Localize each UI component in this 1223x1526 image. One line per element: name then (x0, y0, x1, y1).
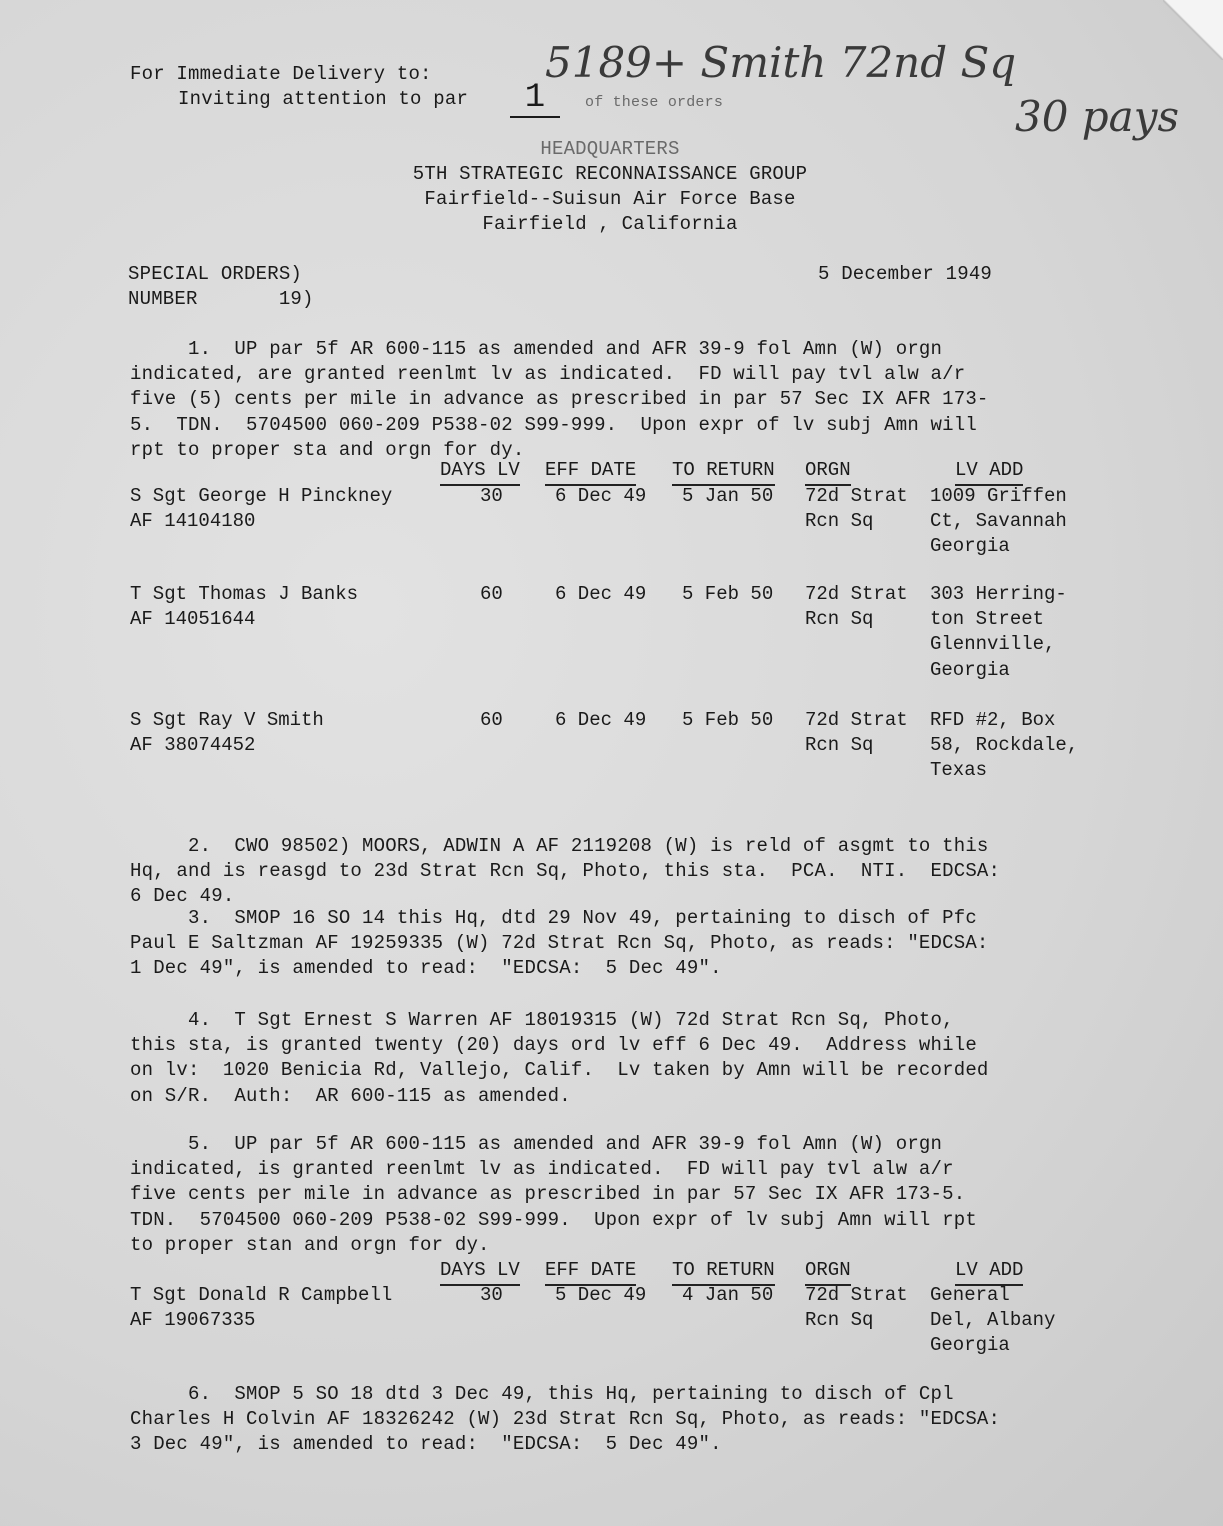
leave-address: 58, Rockdale, (930, 733, 1078, 758)
paragraph-line: 2. CWO 98502) MOORS, ADWIN A AF 2119208 … (130, 834, 989, 859)
effective-date: 6 Dec 49 (555, 708, 646, 733)
handwritten-note-1: 5189+ Smith 72nd Sq (545, 38, 1016, 87)
order-date: 5 December 1949 (818, 262, 992, 287)
paragraph-line: five (5) cents per mile in advance as pr… (130, 387, 989, 412)
return-date: 5 Jan 50 (682, 484, 773, 509)
return-date: 4 Jan 50 (682, 1283, 773, 1308)
organization: 72d Strat (805, 484, 908, 509)
handwritten-note-2: 30 pays (1015, 92, 1179, 141)
folded-corner (1163, 0, 1223, 60)
leave-address: Georgia (930, 1333, 1010, 1358)
column-header: EFF DATE (545, 1258, 636, 1286)
leave-address: Texas (930, 758, 987, 783)
days-leave: 60 (480, 708, 503, 733)
leave-address: ton Street (930, 607, 1044, 632)
paragraph-line: 4. T Sgt Ernest S Warren AF 18019315 (W)… (130, 1008, 954, 1033)
paragraph-line: indicated, are granted reenlmt lv as ind… (130, 362, 965, 387)
paragraph-line: indicated, is granted reenlmt lv as indi… (130, 1157, 954, 1182)
airman-serial: AF 19067335 (130, 1308, 255, 1333)
airman-serial: AF 38074452 (130, 733, 255, 758)
effective-date: 6 Dec 49 (555, 484, 646, 509)
paragraph-line: 1 Dec 49", is amended to read: "EDCSA: 5… (130, 956, 722, 981)
column-header: LV ADD (955, 458, 1023, 486)
effective-date: 6 Dec 49 (555, 582, 646, 607)
days-leave: 30 (480, 484, 503, 509)
leave-address: Ct, Savannah (930, 509, 1067, 534)
airman-name: T Sgt Donald R Campbell (130, 1283, 392, 1308)
paragraph-line: on S/R. Auth: AR 600-115 as amended. (130, 1084, 571, 1109)
column-header: LV ADD (955, 1258, 1023, 1286)
organization: Rcn Sq (805, 1308, 873, 1333)
leave-address: Georgia (930, 658, 1010, 683)
return-date: 5 Feb 50 (682, 582, 773, 607)
paragraph-line: 3 Dec 49", is amended to read: "EDCSA: 5… (130, 1432, 722, 1457)
column-header: ORGN (805, 458, 851, 486)
column-header: TO RETURN (672, 458, 775, 486)
document-page: For Immediate Delivery to: Inviting atte… (0, 0, 1223, 1526)
airman-serial: AF 14104180 (130, 509, 255, 534)
paragraph-line: 6. SMOP 5 SO 18 dtd 3 Dec 49, this Hq, p… (130, 1382, 954, 1407)
letterhead-base: Fairfield--Suisun Air Force Base (330, 187, 890, 212)
effective-date: 5 Dec 49 (555, 1283, 646, 1308)
paragraph-line: 1. UP par 5f AR 600-115 as amended and A… (130, 337, 942, 362)
return-date: 5 Feb 50 (682, 708, 773, 733)
days-leave: 60 (480, 582, 503, 607)
column-header: TO RETURN (672, 1258, 775, 1286)
leave-address: RFD #2, Box (930, 708, 1055, 733)
airman-serial: AF 14051644 (130, 607, 255, 632)
special-orders-label: SPECIAL ORDERS) (128, 262, 302, 287)
paragraph-line: Paul E Saltzman AF 19259335 (W) 72d Stra… (130, 931, 989, 956)
leave-address: Del, Albany (930, 1308, 1055, 1333)
paragraph-line: five cents per mile in advance as prescr… (130, 1182, 965, 1207)
leave-address: 303 Herring- (930, 582, 1067, 607)
paragraph-line: this sta, is granted twenty (20) days or… (130, 1033, 977, 1058)
paragraph-line: to proper stan and orgn for dy. (130, 1233, 490, 1258)
leave-address: General (930, 1283, 1010, 1308)
leave-address: 1009 Griffen (930, 484, 1067, 509)
airman-name: S Sgt George H Pinckney (130, 484, 392, 509)
delivery-line-1: For Immediate Delivery to: (130, 62, 432, 87)
paragraph-line: Hq, and is reasgd to 23d Strat Rcn Sq, P… (130, 859, 1000, 884)
leave-address: Georgia (930, 534, 1010, 559)
airman-name: S Sgt Ray V Smith (130, 708, 324, 733)
organization: 72d Strat (805, 708, 908, 733)
airman-name: T Sgt Thomas J Banks (130, 582, 358, 607)
letterhead-location: Fairfield , California (330, 212, 890, 237)
letterhead-unit: 5TH STRATEGIC RECONNAISSANCE GROUP (330, 162, 890, 187)
paragraph-line: TDN. 5704500 060-209 P538-02 S99-999. Up… (130, 1208, 977, 1233)
paragraph-line: 3. SMOP 16 SO 14 this Hq, dtd 29 Nov 49,… (130, 906, 977, 931)
paragraph-line: 5. UP par 5f AR 600-115 as amended and A… (130, 1132, 942, 1157)
paragraph-line: Charles H Colvin AF 18326242 (W) 23d Str… (130, 1407, 1000, 1432)
organization: 72d Strat (805, 1283, 908, 1308)
order-number-label: NUMBER 19) (128, 287, 314, 312)
column-header: DAYS LV (440, 458, 520, 486)
organization: Rcn Sq (805, 733, 873, 758)
organization: 72d Strat (805, 582, 908, 607)
column-header: DAYS LV (440, 1258, 520, 1286)
leave-address: Glennville, (930, 632, 1055, 657)
paragraph-line: 5. TDN. 5704500 060-209 P538-02 S99-999.… (130, 413, 977, 438)
paragraph-line: on lv: 1020 Benicia Rd, Vallejo, Calif. … (130, 1058, 989, 1083)
delivery-line-2-prefix: Inviting attention to par (178, 87, 468, 112)
organization: Rcn Sq (805, 607, 873, 632)
column-header: ORGN (805, 1258, 851, 1286)
letterhead-headquarters: HEADQUARTERS (330, 137, 890, 162)
delivery-line-2-suffix: of these orders (585, 90, 723, 115)
days-leave: 30 (480, 1283, 503, 1308)
organization: Rcn Sq (805, 509, 873, 534)
column-header: EFF DATE (545, 458, 636, 486)
